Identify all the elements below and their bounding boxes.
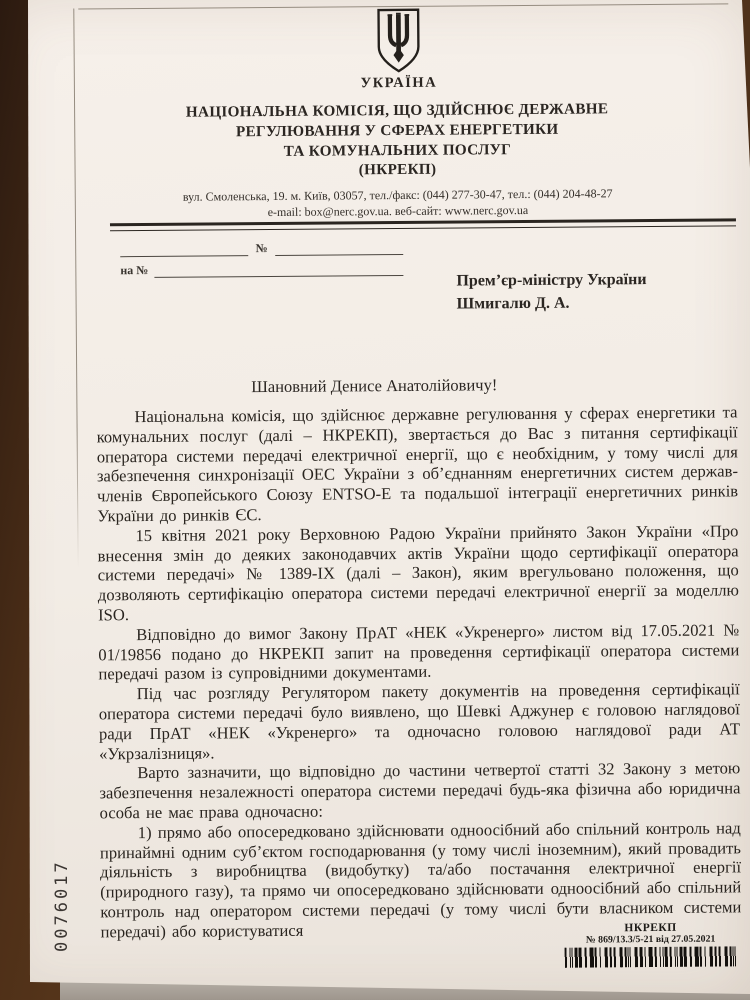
body-paragraph: Відповідно до вимог Закону ПрАТ «НЕК «Ук… <box>98 620 739 684</box>
salutation: Шановний Денисе Анатолійовичу! <box>54 374 694 399</box>
body-paragraph: Національна комісія, що здійснює державн… <box>96 402 738 526</box>
photo-background: УКРАЇНА НАЦІОНАЛЬНА КОМІСІЯ, ЩО ЗДІЙСНЮЄ… <box>0 0 750 1000</box>
doc-number-label: № <box>249 241 275 256</box>
document-content: УКРАЇНА НАЦІОНАЛЬНА КОМІСІЯ, ЩО ЗДІЙСНЮЄ… <box>0 0 750 1000</box>
ref-number-row: на № <box>120 261 403 278</box>
address-block: вул. Смоленська, 19. м. Київ, 03057, тел… <box>113 186 683 221</box>
tryzub-icon <box>374 8 423 74</box>
doc-number-row: № <box>120 240 403 257</box>
org-name: НАЦІОНАЛЬНА КОМІСІЯ, ЩО ЗДІЙСНЮЄ ДЕРЖАВН… <box>137 99 658 182</box>
country-emblem: УКРАЇНА <box>346 8 451 93</box>
document-paper: УКРАЇНА НАЦІОНАЛЬНА КОМІСІЯ, ЩО ЗДІЙСНЮЄ… <box>0 0 750 1000</box>
recipient-block: Прем’єр-міністру України Шмигалю Д. А. <box>456 269 646 315</box>
org-name-line: НАЦІОНАЛЬНА КОМІСІЯ, ЩО ЗДІЙСНЮЄ ДЕРЖАВН… <box>137 99 657 123</box>
letter-body: Національна комісія, що здійснює державн… <box>96 402 741 942</box>
country-name: УКРАЇНА <box>347 75 451 93</box>
recipient-title: Прем’єр-міністру України <box>456 269 646 293</box>
barcode <box>565 946 737 967</box>
doc-number-line <box>120 243 249 257</box>
vertical-doc-number: 0076017 <box>52 859 72 952</box>
org-name-line: (НКРЕКП) <box>137 158 657 182</box>
recipient-name: Шмигалю Д. А. <box>457 292 647 316</box>
paper-border-line-left <box>73 9 78 569</box>
body-paragraph: Варто зазначити, що відповідно до частин… <box>99 759 740 823</box>
stamp-number: № 869/13.3/5-21 від 27.05.2021 <box>556 933 746 945</box>
registration-stamp: НКРЕКП № 869/13.3/5-21 від 27.05.2021 <box>555 921 745 967</box>
body-paragraph: Під час розгляду Регулятором пакету доку… <box>99 679 741 763</box>
ref-number-line <box>154 263 403 278</box>
doc-number-line <box>275 242 404 256</box>
body-paragraph: 15 квітня 2021 року Верховною Радою Укра… <box>97 521 739 625</box>
ref-number-label: на № <box>120 263 148 278</box>
